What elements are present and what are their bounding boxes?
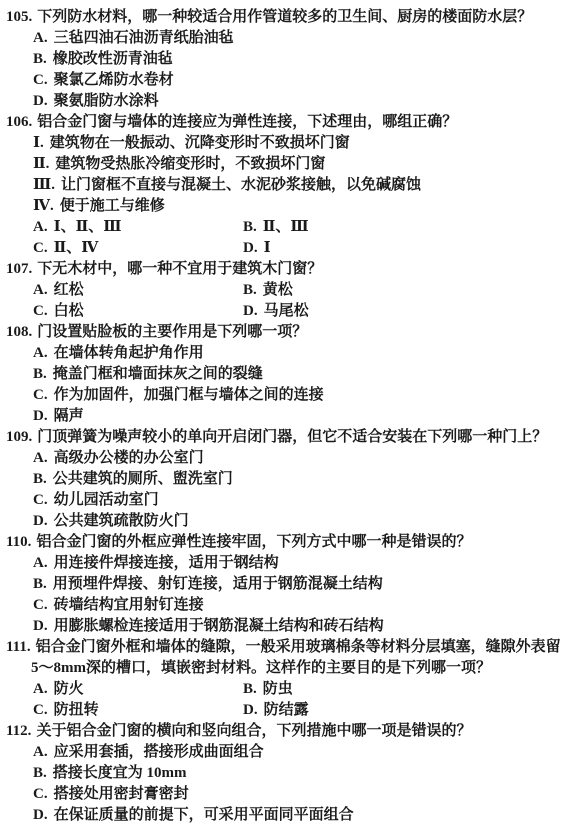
option: A.用连接件焊接连接，适用于钢结构 [33, 553, 568, 574]
option-row: A.防火B.防虫 [3, 679, 568, 700]
option-text: Ⅱ、Ⅳ [54, 240, 99, 256]
exam-page: 105.下列防水材料，哪一种较适合用作管道较多的卫生间、厨房的楼面防水层？ A.… [0, 0, 570, 828]
option-text: 防结露 [264, 702, 309, 718]
option-text: 作为加固件，加强门框与墙体之间的连接 [54, 387, 324, 403]
option-label: B. [243, 282, 257, 298]
question: 107.下无木材中，哪一种不宜用于建筑木门窗？ A.红松B.黄松C.白松D.马尾… [3, 259, 568, 322]
question-body: A.用连接件焊接连接，适用于钢结构B.用预埋件焊接、射钉连接，适用于钢筋混凝土结… [3, 553, 568, 637]
question-number: 108. [6, 324, 32, 340]
option-text: 掩盖门框和墙面抹灰之间的裂缝 [53, 366, 263, 382]
question: 110.铝合金门窗的外框应弹性连接牢固，下列方式中哪一种是错误的？ A.用连接件… [3, 532, 568, 637]
option-row: A.三毡四油石油沥青纸胎油毡 [3, 28, 568, 49]
option-label: C. [33, 240, 48, 256]
question: 112.关于铝合金门窗的横向和竖向组合，下列措施中哪一项是错误的？ A.应采用套… [3, 721, 568, 826]
sub-item-label: Ⅳ. [33, 198, 54, 214]
option: A.三毡四油石油沥青纸胎油毡 [33, 28, 568, 49]
question-stem-row: 106.铝合金门窗与墙体的连接应为弹性连接，下述理由，哪组正确？ [3, 112, 568, 133]
question-stem-row: 108.门设置贴脸板的主要作用是下列哪一项？ [3, 322, 568, 343]
option: C.搭接处用密封膏密封 [33, 784, 568, 805]
option-label: A. [33, 555, 48, 571]
question-stem: 铝合金门窗的外框应弹性连接牢固，下列方式中哪一种是错误的？ [36, 534, 471, 550]
option: A.红松 [33, 280, 243, 301]
option-label: D. [243, 303, 258, 319]
option: C.聚氯乙烯防水卷材 [33, 70, 568, 91]
option-label: D. [243, 702, 258, 718]
option-text: 隔声 [54, 408, 84, 424]
option: B.掩盖门框和墙面抹灰之间的裂缝 [33, 364, 568, 385]
question-body: A.防火B.防虫C.防扭转D.防结露 [3, 679, 568, 721]
option: A.防火 [33, 679, 243, 700]
question-stem: 门顶弹簧为噪声较小的单向开启闭门器，但它不适合安装在下列哪一种门上？ [37, 429, 547, 445]
question-body: A.三毡四油石油沥青纸胎油毡B.橡胶改性沥青油毡C.聚氯乙烯防水卷材D.聚氨脂防… [3, 28, 568, 112]
option: D.马尾松 [243, 301, 309, 322]
option-text: 高级办公楼的办公室门 [54, 450, 204, 466]
option-row: A.红松B.黄松 [3, 280, 568, 301]
option-text: 用预埋件焊接、射钉连接，适用于钢筋混凝土结构 [53, 576, 383, 592]
option-label: B. [33, 576, 47, 592]
option-text: Ⅱ、Ⅲ [263, 219, 309, 235]
option-label: B. [33, 765, 47, 781]
option-label: D. [33, 408, 48, 424]
option-row: A.用连接件焊接连接，适用于钢结构 [3, 553, 568, 574]
question-stem: 铝合金门窗外框和墙体的缝隙，一般采用玻璃棉条等材料分层填塞，缝隙外表留 5～8m… [31, 639, 561, 676]
option-text: 聚氨脂防水涂料 [54, 93, 159, 109]
option-row: C.砖墙结构宜用射钉连接 [3, 595, 568, 616]
option-row: B.公共建筑的厕所、盥洗室门 [3, 469, 568, 490]
option-text: 白松 [54, 303, 84, 319]
sub-item-row: Ⅱ.建筑物受热胀冷缩变形时，不致损坏门窗 [3, 154, 568, 175]
option-row: B.橡胶改性沥青油毡 [3, 49, 568, 70]
option-text: 公共建筑疏散防火门 [54, 513, 189, 529]
question-body: A.在墙体转角起护角作用B.掩盖门框和墙面抹灰之间的裂缝C.作为加固件，加强门框… [3, 343, 568, 427]
option-label: D. [33, 513, 48, 529]
option-row: A.在墙体转角起护角作用 [3, 343, 568, 364]
option-label: D. [33, 807, 48, 823]
sub-item-text: 便于施工与维修 [60, 198, 165, 214]
option-label: C. [33, 702, 48, 718]
option: B.Ⅱ、Ⅲ [243, 217, 309, 238]
option-label: C. [33, 387, 48, 403]
option-text: 砖墙结构宜用射钉连接 [54, 597, 204, 613]
question-body: A.红松B.黄松C.白松D.马尾松 [3, 280, 568, 322]
sub-item-row: Ⅳ.便于施工与维修 [3, 196, 568, 217]
option-row: B.掩盖门框和墙面抹灰之间的裂缝 [3, 364, 568, 385]
option-label: C. [33, 72, 48, 88]
option-row: A.应采用套插，搭接形成曲面组合 [3, 742, 568, 763]
question-number: 111. [6, 639, 31, 655]
option-text: 聚氯乙烯防水卷材 [54, 72, 174, 88]
sub-item-row: Ⅰ.建筑物在一般振动、沉降变形时不致损坏门窗 [3, 133, 568, 154]
question-stem: 门设置贴脸板的主要作用是下列哪一项？ [37, 324, 307, 340]
option: D.聚氨脂防水涂料 [33, 91, 568, 112]
option-row: C.幼儿园活动室门 [3, 490, 568, 511]
option-row: C.搭接处用密封膏密封 [3, 784, 568, 805]
option-row: C.防扭转D.防结露 [3, 700, 568, 721]
option: A.高级办公楼的办公室门 [33, 448, 568, 469]
question-number: 107. [6, 261, 32, 277]
option-row: D.在保证质量的前提下，可采用平面同平面组合 [3, 805, 568, 826]
question: 109.门顶弹簧为噪声较小的单向开启闭门器，但它不适合安装在下列哪一种门上？ A… [3, 427, 568, 532]
option: D.防结露 [243, 700, 309, 721]
option-row: D.公共建筑疏散防火门 [3, 511, 568, 532]
sub-item-label: Ⅰ. [33, 135, 44, 151]
option-label: B. [243, 219, 257, 235]
option-text: 防虫 [263, 681, 293, 697]
option-text: 搭接处用密封膏密封 [54, 786, 189, 802]
option-label: C. [33, 492, 48, 508]
option: C.作为加固件，加强门框与墙体之间的连接 [33, 385, 568, 406]
option: B.搭接长度宜为 10mm [33, 763, 568, 784]
sub-item-label: Ⅱ. [33, 156, 49, 172]
question-number: 109. [6, 429, 32, 445]
option-row: A.Ⅰ、Ⅱ、ⅢB.Ⅱ、Ⅲ [3, 217, 568, 238]
option-row: D.隔声 [3, 406, 568, 427]
option-label: A. [33, 282, 48, 298]
option-row: C.Ⅱ、ⅣD.Ⅰ [3, 238, 568, 259]
question: 108.门设置贴脸板的主要作用是下列哪一项？ A.在墙体转角起护角作用B.掩盖门… [3, 322, 568, 427]
question-stem: 铝合金门窗与墙体的连接应为弹性连接，下述理由，哪组正确？ [37, 114, 457, 130]
option-text: 在保证质量的前提下，可采用平面同平面组合 [54, 807, 354, 823]
question-number: 112. [6, 723, 31, 739]
option-text: 黄松 [263, 282, 293, 298]
option-text: 红松 [54, 282, 84, 298]
option-row: A.高级办公楼的办公室门 [3, 448, 568, 469]
option-text: Ⅰ [264, 240, 271, 256]
question-stem: 下无木材中，哪一种不宜用于建筑木门窗？ [37, 261, 322, 277]
option: B.黄松 [243, 280, 293, 301]
option: C.幼儿园活动室门 [33, 490, 568, 511]
option-row: C.作为加固件，加强门框与墙体之间的连接 [3, 385, 568, 406]
option: A.应采用套插，搭接形成曲面组合 [33, 742, 568, 763]
option-label: B. [243, 681, 257, 697]
sub-item-text: 让门窗框不直接与混凝土、水泥砂浆接触，以免碱腐蚀 [61, 177, 421, 193]
option-row: B.搭接长度宜为 10mm [3, 763, 568, 784]
option-text: 搭接长度宜为 10mm [53, 765, 187, 781]
option-text: 用膨胀螺检连接适用于钢筋混凝土结构和砖石结构 [54, 618, 384, 634]
question: 106.铝合金门窗与墙体的连接应为弹性连接，下述理由，哪组正确？ Ⅰ.建筑物在一… [3, 112, 568, 259]
option-text: 三毡四油石油沥青纸胎油毡 [54, 30, 234, 46]
option-label: A. [33, 681, 48, 697]
question-body: Ⅰ.建筑物在一般振动、沉降变形时不致损坏门窗Ⅱ.建筑物受热胀冷缩变形时，不致损坏… [3, 133, 568, 259]
question: 111.铝合金门窗外框和墙体的缝隙，一般采用玻璃棉条等材料分层填塞，缝隙外表留 … [3, 637, 568, 721]
question-stem-row: 111.铝合金门窗外框和墙体的缝隙，一般采用玻璃棉条等材料分层填塞，缝隙外表留 … [3, 637, 568, 679]
option: D.公共建筑疏散防火门 [33, 511, 568, 532]
option-text: 防扭转 [54, 702, 99, 718]
option-text: Ⅰ、Ⅱ、Ⅲ [54, 219, 122, 235]
option-row: B.用预埋件焊接、射钉连接，适用于钢筋混凝土结构 [3, 574, 568, 595]
option-text: 用连接件焊接连接，适用于钢结构 [54, 555, 279, 571]
sub-item-label: Ⅲ. [33, 177, 55, 193]
option-text: 幼儿园活动室门 [54, 492, 159, 508]
question-stem: 关于铝合金门窗的横向和竖向组合，下列措施中哪一项是错误的？ [36, 723, 471, 739]
option: A.Ⅰ、Ⅱ、Ⅲ [33, 217, 243, 238]
question-stem-row: 110.铝合金门窗的外框应弹性连接牢固，下列方式中哪一种是错误的？ [3, 532, 568, 553]
option-text: 橡胶改性沥青油毡 [53, 51, 173, 67]
option-label: D. [33, 618, 48, 634]
sub-item-text: 建筑物受热胀冷缩变形时，不致损坏门窗 [55, 156, 325, 172]
option-label: D. [243, 240, 258, 256]
option-text: 马尾松 [264, 303, 309, 319]
option-label: A. [33, 744, 48, 760]
question-stem-row: 109.门顶弹簧为噪声较小的单向开启闭门器，但它不适合安装在下列哪一种门上？ [3, 427, 568, 448]
question: 105.下列防水材料，哪一种较适合用作管道较多的卫生间、厨房的楼面防水层？ A.… [3, 7, 568, 112]
option-label: C. [33, 303, 48, 319]
option: C.Ⅱ、Ⅳ [33, 238, 243, 259]
option: D.用膨胀螺检连接适用于钢筋混凝土结构和砖石结构 [33, 616, 568, 637]
question-stem-row: 112.关于铝合金门窗的横向和竖向组合，下列措施中哪一项是错误的？ [3, 721, 568, 742]
option: C.防扭转 [33, 700, 243, 721]
question-stem-row: 105.下列防水材料，哪一种较适合用作管道较多的卫生间、厨房的楼面防水层？ [3, 7, 568, 28]
option-label: D. [33, 93, 48, 109]
option-label: B. [33, 471, 47, 487]
option: D.隔声 [33, 406, 568, 427]
option-row: C.聚氯乙烯防水卷材 [3, 70, 568, 91]
question-number: 110. [6, 534, 31, 550]
option-label: B. [33, 51, 47, 67]
option: B.防虫 [243, 679, 293, 700]
option-label: C. [33, 597, 48, 613]
question-stem: 下列防水材料，哪一种较适合用作管道较多的卫生间、厨房的楼面防水层？ [37, 9, 532, 25]
option-text: 防火 [54, 681, 84, 697]
option-label: B. [33, 366, 47, 382]
option: B.用预埋件焊接、射钉连接，适用于钢筋混凝土结构 [33, 574, 568, 595]
option-row: C.白松D.马尾松 [3, 301, 568, 322]
option: D.在保证质量的前提下，可采用平面同平面组合 [33, 805, 568, 826]
option-label: A. [33, 219, 48, 235]
option-label: A. [33, 345, 48, 361]
option-text: 在墙体转角起护角作用 [54, 345, 204, 361]
question-stem-row: 107.下无木材中，哪一种不宜用于建筑木门窗？ [3, 259, 568, 280]
option: B.公共建筑的厕所、盥洗室门 [33, 469, 568, 490]
option-row: D.用膨胀螺检连接适用于钢筋混凝土结构和砖石结构 [3, 616, 568, 637]
question-number: 105. [6, 9, 32, 25]
sub-item-text: 建筑物在一般振动、沉降变形时不致损坏门窗 [50, 135, 350, 151]
option-label: A. [33, 30, 48, 46]
option-label: C. [33, 786, 48, 802]
option-row: D.聚氨脂防水涂料 [3, 91, 568, 112]
option: C.白松 [33, 301, 243, 322]
option-text: 应采用套插，搭接形成曲面组合 [54, 744, 264, 760]
option-text: 公共建筑的厕所、盥洗室门 [53, 471, 233, 487]
option: D.Ⅰ [243, 238, 271, 259]
option: C.砖墙结构宜用射钉连接 [33, 595, 568, 616]
option-label: A. [33, 450, 48, 466]
question-body: A.高级办公楼的办公室门B.公共建筑的厕所、盥洗室门C.幼儿园活动室门D.公共建… [3, 448, 568, 532]
option: A.在墙体转角起护角作用 [33, 343, 568, 364]
option: B.橡胶改性沥青油毡 [33, 49, 568, 70]
question-body: A.应采用套插，搭接形成曲面组合B.搭接长度宜为 10mmC.搭接处用密封膏密封… [3, 742, 568, 826]
question-number: 106. [6, 114, 32, 130]
sub-item-row: Ⅲ.让门窗框不直接与混凝土、水泥砂浆接触，以免碱腐蚀 [3, 175, 568, 196]
